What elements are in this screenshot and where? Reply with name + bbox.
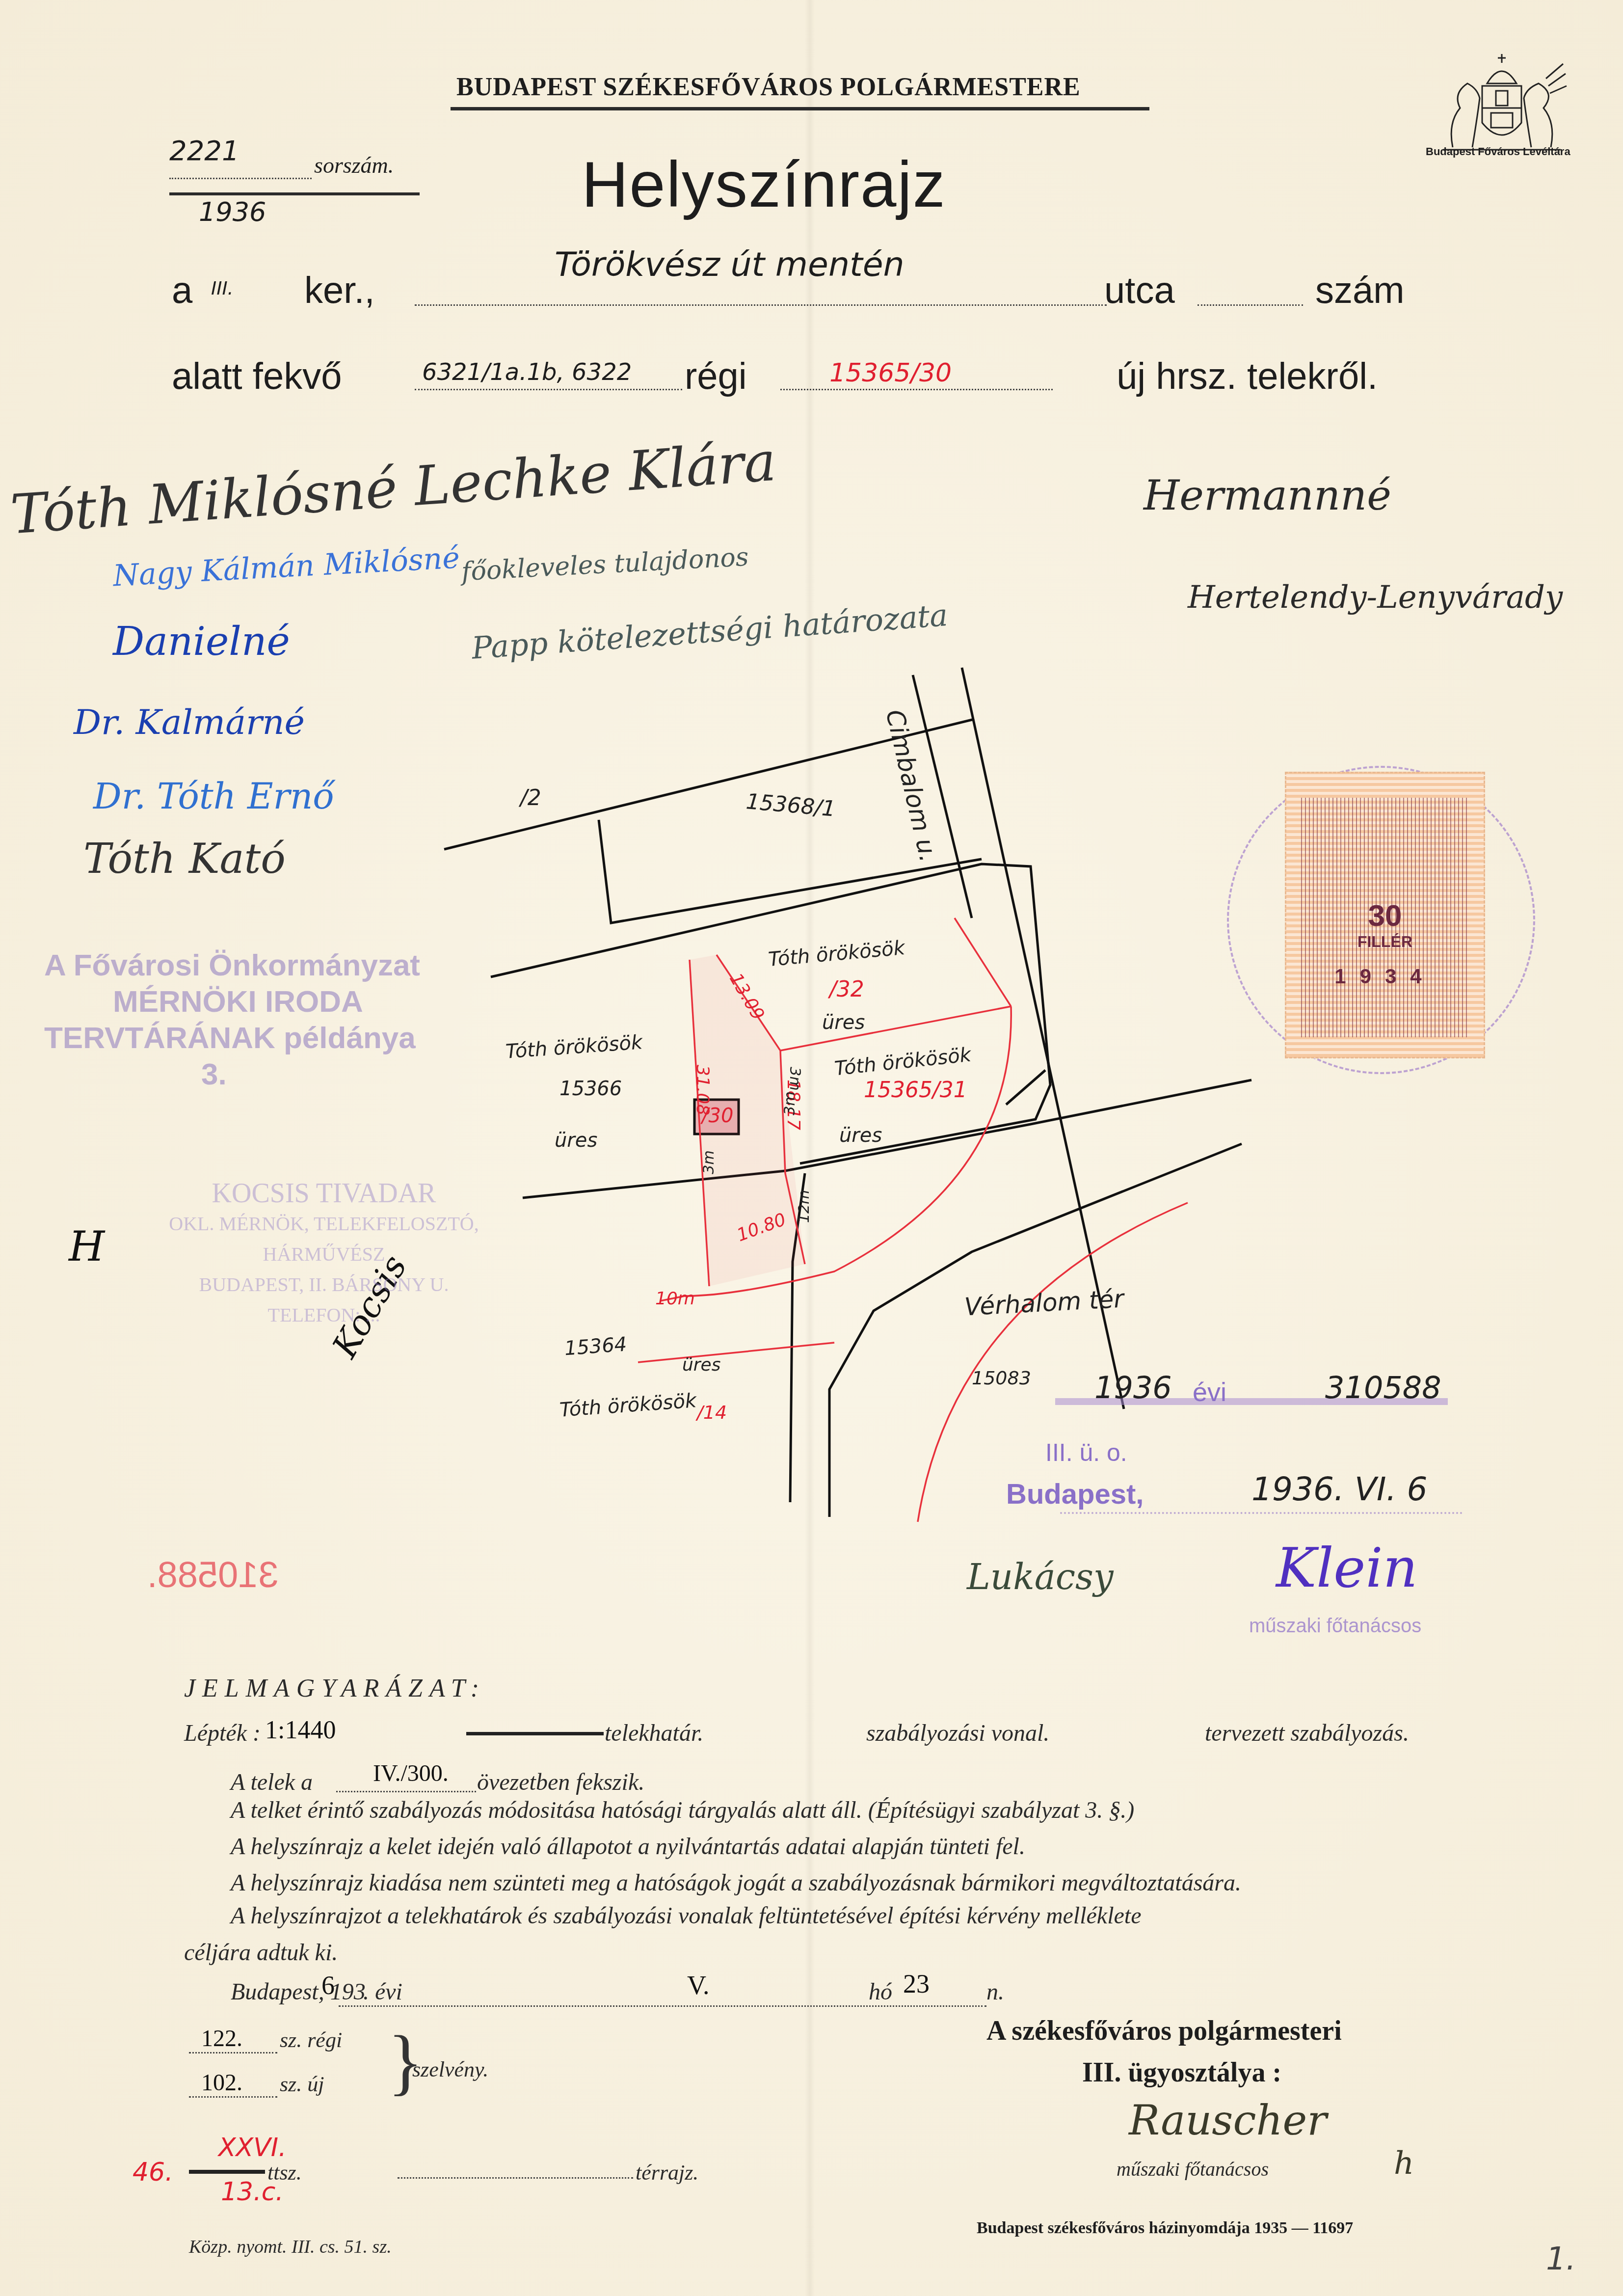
revenue-stamp-value: 30 [1286,898,1484,933]
registration-number: 310588 [1325,1370,1441,1405]
zone-dotted-line [336,1791,476,1792]
page-number: 1. [1546,2241,1576,2277]
legend-paragraph: A telket érintő szabályozás módositása h… [231,1797,1458,1824]
sheet-old-dotted-line [189,2052,277,2053]
signature-department: Rauscher [1129,2096,1327,2144]
dimension-label: 3m [781,1091,798,1115]
registration-date: 1936. VI. 6 [1251,1470,1428,1508]
parcel-15366: 15366 [559,1078,622,1100]
department-role: műszaki főtanácsos [1117,2158,1269,2181]
parcel-32: /32 [829,977,864,1002]
scale-value: 1:1440 [265,1716,336,1745]
dimension-label: 3m [786,1067,803,1090]
parcel-status: üres [839,1124,882,1147]
scale-label: Lépték : [184,1720,261,1747]
department-line-2: III. ügyosztálya : [1082,2057,1281,2088]
registration-role: műszaki főtanácsos [1249,1615,1421,1637]
zone-prefix: A telek a [231,1769,313,1796]
registration-dotted-line [1060,1512,1463,1514]
terrajz-dotted-line [398,2177,633,2179]
issue-date-day-label: n. [986,1978,1004,2005]
sheet-old-label: sz. régi [280,2027,342,2053]
dimension-label: 31.08 [692,1065,713,1115]
parcel-15083: 15083 [972,1367,1031,1389]
legend-title: JELMAGYARÁZAT: [184,1674,486,1703]
lot-boundary-sample-line [466,1732,604,1735]
parcel-status: üres [682,1355,721,1375]
dimension-label: 3m [700,1150,718,1174]
issue-date-year: 6 [321,1970,335,2000]
legend-paragraph: céljára adtuk ki. [184,1939,338,1966]
issue-date-month-label: hó [869,1978,892,2005]
legend-lot-boundary: telekhatár. [605,1720,703,1747]
ttsz-prefix: 46. [133,2158,173,2187]
parcel-status: üres [555,1129,597,1152]
sheet-new-number: 102. [201,2069,242,2096]
issue-date-month: V. [687,1970,710,2000]
parcel-14: /14 [697,1402,727,1423]
dimension-label: 10m [655,1289,695,1309]
revenue-stamp-unit: FILLÉR [1286,933,1484,951]
department-line-1: A székesfőváros polgármesteri [986,2015,1342,2047]
signature-initial: h [1394,2145,1414,2182]
sheet-group-label: szelvény. [412,2057,488,2082]
zone-value: IV./300. [373,1760,449,1787]
ttsz-fraction-bar [189,2170,265,2174]
registration-office: III. ü. o. [1045,1438,1127,1467]
legend-regulation-line: szabályozási vonal. [866,1720,1049,1747]
registration-year: 1936 [1094,1370,1172,1405]
revenue-stamp: 30 FILLÉR 1934 [1285,772,1485,1058]
registration-year-label: évi [1193,1377,1226,1407]
dimension-label: 12m [796,1190,813,1223]
parcel-15365-31: 15365/31 [864,1078,967,1103]
issue-date-day: 23 [903,1969,930,1999]
parcel-15364: 15364 [564,1333,628,1360]
parcel-status: üres [822,1011,865,1034]
signature-registrar: Lukácsy [967,1556,1114,1597]
legend-paragraph: A helyszínrajz a kelet idején való állap… [231,1833,1458,1860]
printer-note: Budapest székesfőváros házinyomdája 1935… [977,2219,1353,2238]
form-code: Közp. nyomt. III. cs. 51. sz. [189,2236,392,2258]
sheet-new-dotted-line [189,2096,277,2098]
signature-councillor: Klein [1276,1537,1417,1599]
issue-date-prefix: Budapest, 193 [231,1978,366,2005]
ttsz-numerator: XXVI. [218,2133,287,2162]
issue-date-dotted-line [339,2005,986,2007]
sheet-new-label: sz. új [280,2072,324,2097]
legend-paragraph: A helyszínrajz kiadása nem szünteti meg … [231,1869,1458,1896]
sheet-old-number: 122. [201,2025,242,2052]
terrajz-label: térrajz. [636,2160,698,2185]
zone-suffix: övezetben fekszik. [477,1769,644,1796]
registration-city: Budapest, [1006,1478,1144,1511]
parcel-2: /2 [520,785,541,810]
legend-paragraph: A helyszínrajzot a telekhatárok és szabá… [231,1902,1467,1929]
ttsz-label: ttsz. [267,2160,302,2185]
legend-planned-regulation: tervezett szabályozás. [1205,1720,1409,1747]
issue-date-year-label: . évi [363,1978,402,2005]
revenue-stamp-year: 1934 [1286,965,1484,988]
